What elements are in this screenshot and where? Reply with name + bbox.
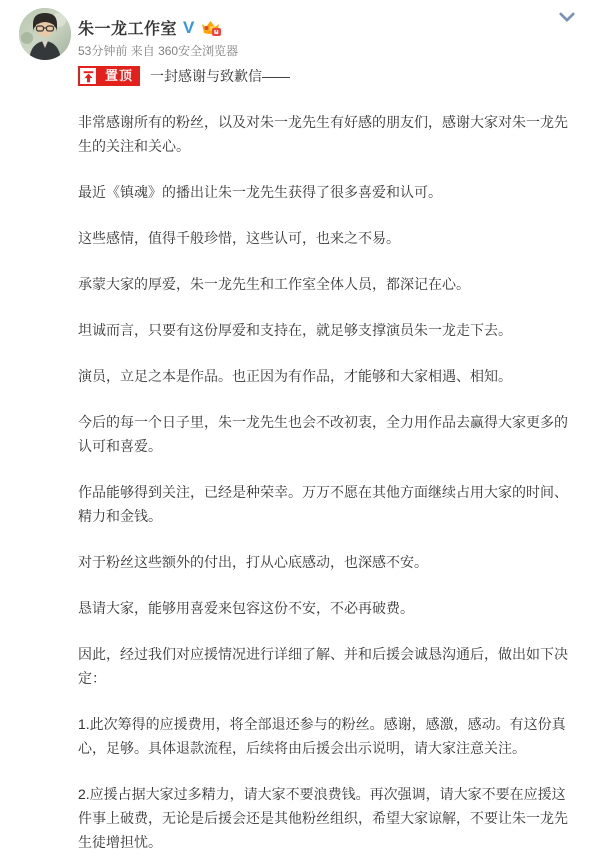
post-paragraph: 对于粉丝这些额外的付出，打从心底感动，也深感不安。 — [78, 550, 570, 574]
post-paragraphs: 非常感谢所有的粉丝，以及对朱一龙先生有好感的朋友们，感谢大家对朱一龙先生的关注和… — [78, 110, 570, 854]
post-paragraph: 2.应援占据大家过多精力，请大家不要浪费钱。再次强调，请大家不要在应援这件事上破… — [78, 782, 570, 854]
post-paragraph: 坦诚而言，只要有这份厚爱和支持在，就足够支撑演员朱一龙走下去。 — [78, 318, 570, 342]
timestamp: 53分钟前 — [78, 44, 127, 58]
vip-crown-icon[interactable] — [200, 18, 221, 37]
source-app-link[interactable]: 360安全浏览器 — [158, 44, 238, 58]
pin-to-top-icon — [78, 66, 98, 86]
avatar[interactable] — [19, 8, 71, 60]
post-title: 一封感谢与致歉信—— — [150, 64, 290, 88]
from-label: 来自 — [131, 44, 155, 58]
post-paragraph: 1.此次筹得的应援费用，将全部退还参与的粉丝。感谢，感激，感动。有这份真心，足够… — [78, 712, 570, 760]
author-row: 朱一龙工作室 V — [78, 16, 221, 38]
post-title-line: 置顶 一封感谢与致歉信—— — [78, 64, 570, 88]
post-paragraph: 因此，经过我们对应援情况进行详细了解、并和后援会诚恳沟通后，做出如下决定： — [78, 642, 570, 690]
post-content: 置顶 一封感谢与致歉信—— 非常感谢所有的粉丝，以及对朱一龙先生有好感的朋友们，… — [78, 64, 570, 854]
verified-v-icon[interactable]: V — [183, 19, 194, 36]
post-paragraph: 今后的每一个日子里，朱一龙先生也会不改初衷，全力用作品去赢得大家更多的认可和喜爱… — [78, 410, 570, 458]
post-paragraph: 演员，立足之本是作品。也正因为有作品，才能够和大家相遇、相知。 — [78, 364, 570, 388]
pin-badge-label: 置顶 — [98, 66, 140, 86]
post-paragraph: 这些感情，值得千般珍惜，这些认可，也来之不易。 — [78, 226, 570, 250]
post-meta: 53分钟前 来自 360安全浏览器 — [78, 42, 238, 59]
pin-badge: 置顶 — [78, 66, 140, 86]
post-paragraph: 恳请大家，能够用喜爱来包容这份不安，不必再破费。 — [78, 596, 570, 620]
author-name[interactable]: 朱一龙工作室 — [78, 16, 177, 39]
post-paragraph: 最近《镇魂》的播出让朱一龙先生获得了很多喜爱和认可。 — [78, 180, 570, 204]
weibo-post-page: { "post": { "author": { "name": "朱一龙工作室"… — [0, 0, 597, 862]
post-paragraph: 作品能够得到关注，已经是种荣幸。万万不愿在其他方面继续占用大家的时间、精力和金钱… — [78, 480, 570, 528]
avatar-photo — [19, 8, 71, 60]
post-paragraph: 承蒙大家的厚爱，朱一龙先生和工作室全体人员，都深记在心。 — [78, 272, 570, 296]
chevron-down-icon[interactable] — [558, 10, 576, 24]
post-paragraph: 非常感谢所有的粉丝，以及对朱一龙先生有好感的朋友们，感谢大家对朱一龙先生的关注和… — [78, 110, 570, 158]
